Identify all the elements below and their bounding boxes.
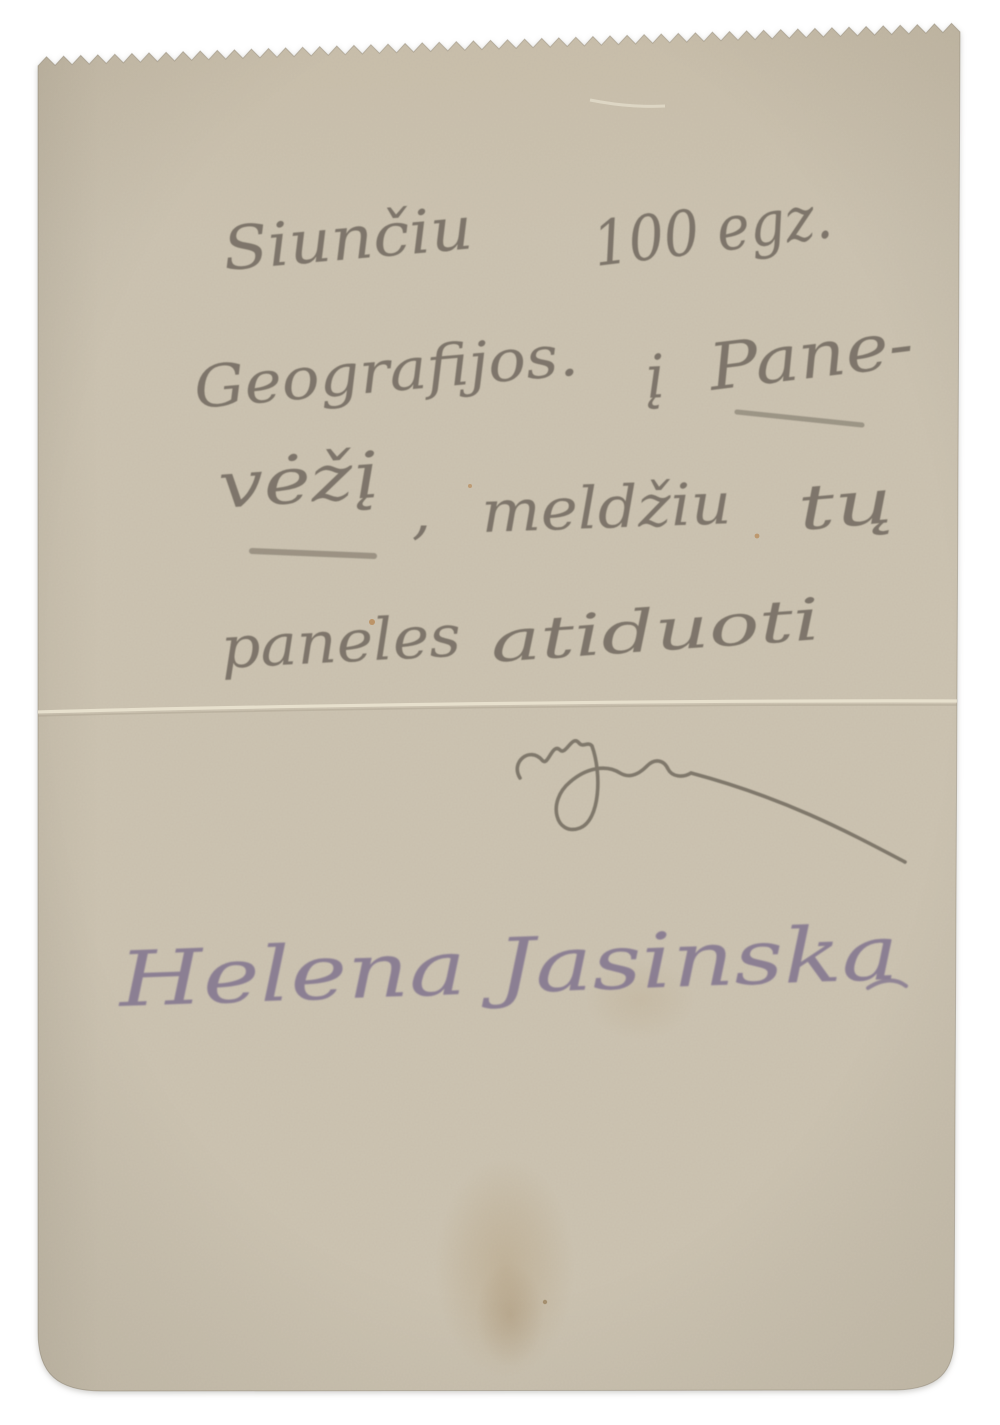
foxing-speck: [543, 1300, 547, 1304]
note-scan-canvas: Siunčiu 100 egz. Geografijos. į Pane- vė…: [0, 0, 1000, 1425]
word-comma: ,: [412, 477, 431, 547]
word-tu: tų: [795, 464, 896, 545]
foxing-speck: [468, 484, 472, 488]
scanned-note-background: Siunčiu 100 egz. Geografijos. į Pane- vė…: [0, 0, 1000, 1425]
foxing-speck: [755, 534, 760, 539]
word-paneles: paneles: [219, 602, 462, 682]
word-meldziu: meldžiu: [480, 469, 732, 546]
word-i: į: [643, 342, 666, 413]
word-vezi: vėžį: [216, 439, 381, 524]
stain-bottom-core: [476, 1263, 544, 1367]
